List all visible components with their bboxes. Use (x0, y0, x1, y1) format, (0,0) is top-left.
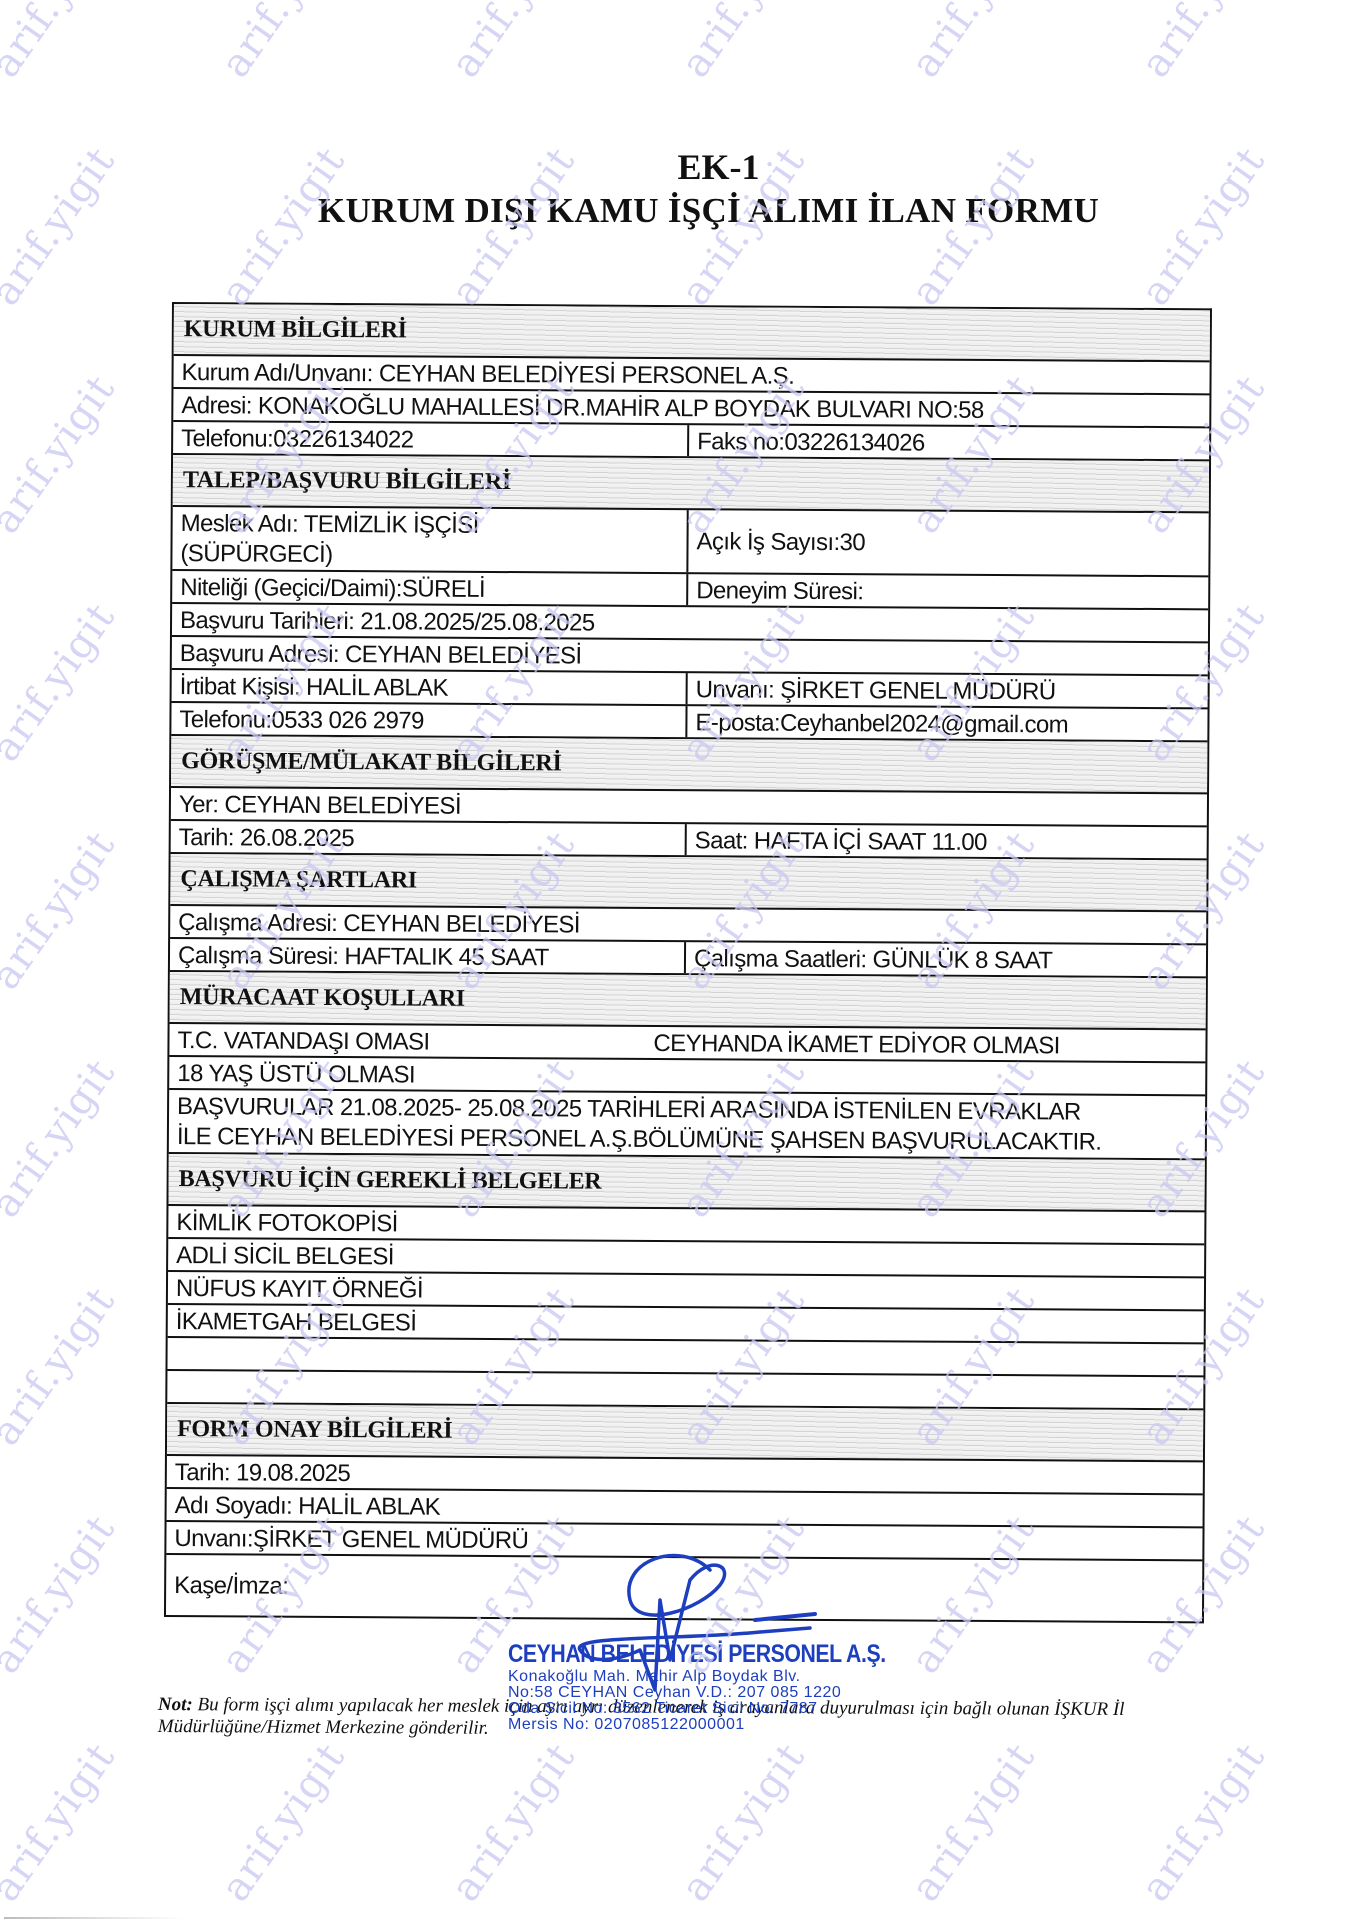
occupation-line-2: (SÜPÜRGECİ) (180, 539, 678, 572)
watermark-text: arif.yigit (672, 1735, 814, 1910)
document-item-label: ADLİ SİCİL BELGESİ (168, 1239, 1204, 1276)
section-heading-calisma: ÇALIŞMA ŞARTLARI (170, 854, 1206, 912)
scan-edge-line (4, 1917, 184, 1919)
document-header: EK-1 KURUM DIŞI KAMU İŞÇİ ALIMI İLAN FOR… (0, 145, 1357, 233)
condition-line-2: İLE CEYHAN BELEDİYESİ PERSONEL A.Ş.BÖLÜM… (177, 1122, 1197, 1158)
contact-email[interactable]: E-posta:Ceyhanbel2024@gmail.com (687, 706, 1207, 740)
approval-date: Tarih: 19.08.2025 (167, 1456, 1203, 1493)
stamp-line: Mersis No: 0207085122000001 (508, 1717, 868, 1733)
watermark-text: arif.yigit (0, 1051, 124, 1226)
work-address: Çalışma Adresi: CEYHAN BELEDİYESİ (170, 906, 1206, 943)
contact-title: Unvanı: ŞİRKET GENEL MÜDÜRÜ (688, 673, 1208, 707)
institution-name: Kurum Adı/Unvanı: CEYHAN BELEDİYESİ PERS… (173, 356, 1209, 393)
watermark-text: arif.yigit (672, 0, 814, 86)
section-heading-muracaat: MÜRACAAT KOŞULLARI (170, 972, 1206, 1030)
document-item-label (167, 1338, 1203, 1375)
work-duration: Çalışma Süresi: HAFTALIK 45 SAAT (170, 939, 686, 973)
watermark-text: arif.yigit (0, 1735, 124, 1910)
watermark-text: arif.yigit (1132, 0, 1274, 86)
document-item-label: NÜFUS KAYIT ÖRNEĞİ (168, 1272, 1204, 1309)
contact-person: İrtibat Kişisi: HALİL ABLAK (172, 670, 688, 704)
condition-residence: CEYHANDA İKAMET EDİYOR OLMASI (645, 1027, 1205, 1061)
watermark-text: arif.yigit (902, 1735, 1044, 1910)
contact-phone: Telefonu:0533 026 2979 (171, 703, 687, 737)
condition-application-window: BAŞVURULAR 21.08.2025- 25.08.2025 TARİHL… (169, 1090, 1205, 1158)
footnote-label: Not: (158, 1694, 193, 1715)
application-dates: Başvuru Tarihleri: 21.08.2025/25.08.2025 (172, 604, 1208, 641)
institution-phone: Telefonu:03226134022 (173, 422, 689, 456)
watermark-text: arif.yigit (0, 367, 124, 542)
watermark-text: arif.yigit (212, 0, 354, 86)
institution-address: Adresi: KONAKOĞLU MAHALLESİ DR.MAHİR ALP… (173, 389, 1209, 426)
document-title: KURUM DIŞI KAMU İŞÇİ ALIMI İLAN FORMU (60, 189, 1357, 233)
work-hours: Çalışma Saatleri: GÜNLÜK 8 SAAT (686, 942, 1206, 976)
watermark-text: arif.yigit (212, 1735, 354, 1910)
watermark-text: arif.yigit (0, 1507, 124, 1682)
section-heading-gorusme: GÖRÜŞME/MÜLAKAT BİLGİLERİ (171, 736, 1207, 794)
application-address: Başvuru Adresi: CEYHAN BELEDİYESİ (172, 637, 1208, 674)
institution-fax: Faks no:03226134026 (689, 425, 1209, 459)
occupation-name: Meslek Adı: TEMİZLİK İŞÇİSİ (SÜPÜRGECİ) (172, 507, 688, 572)
interview-place: Yer: CEYHAN BELEDİYESİ (171, 788, 1207, 825)
form-row: Meslek Adı: TEMİZLİK İŞÇİSİ (SÜPÜRGECİ) … (172, 507, 1208, 577)
document-item-label: İKAMETGAH BELGESİ (168, 1305, 1204, 1342)
section-heading-talep: TALEP/BAŞVURU BİLGİLERİ (173, 455, 1209, 513)
form-row: BAŞVURULAR 21.08.2025- 25.08.2025 TARİHL… (169, 1090, 1205, 1160)
annex-label: EK-1 (80, 145, 1357, 189)
watermark-text: arif.yigit (0, 823, 124, 998)
watermark-text: arif.yigit (442, 0, 584, 86)
watermark-text: arif.yigit (442, 1735, 584, 1910)
experience-duration: Deneyim Süresi: (688, 574, 1208, 608)
announcement-form-table: KURUM BİLGİLERİ Kurum Adı/Unvanı: CEYHAN… (164, 302, 1212, 1623)
watermark-text: arif.yigit (1132, 1735, 1274, 1910)
watermark-text: arif.yigit (0, 0, 124, 86)
watermark-text: arif.yigit (0, 595, 124, 770)
stamp-line: Oda Sicil No: 3562 Ticaret Sicil No: 778… (508, 1701, 868, 1717)
approver-name: Adı Soyadı: HALİL ABLAK (167, 1489, 1203, 1526)
condition-age: 18 YAŞ ÜSTÜ OLMASI (169, 1057, 1205, 1094)
signature-icon (560, 1540, 820, 1700)
watermark-text: arif.yigit (0, 1279, 124, 1454)
section-heading-onay: FORM ONAY BİLGİLERİ (167, 1404, 1203, 1462)
document-item-label: KİMLİK FOTOKOPİSİ (168, 1206, 1204, 1243)
occupation-line-1: Meslek Adı: TEMİZLİK İŞÇİSİ (181, 509, 679, 542)
section-heading-kurum: KURUM BİLGİLERİ (174, 304, 1210, 362)
condition-citizenship: T.C. VATANDAŞI OMASI (169, 1024, 645, 1058)
section-heading-belgeler: BAŞVURU İÇİN GEREKLİ BELGELER (168, 1154, 1204, 1212)
job-nature: Niteliği (Geçici/Daimi):SÜRELİ (172, 571, 688, 605)
interview-time: Saat: HAFTA İÇİ SAAT 11.00 (687, 824, 1207, 858)
watermark-text: arif.yigit (902, 0, 1044, 86)
interview-date: Tarih: 26.08.2025 (171, 821, 687, 855)
open-positions: Açık İş Sayısı:30 (688, 510, 1208, 575)
